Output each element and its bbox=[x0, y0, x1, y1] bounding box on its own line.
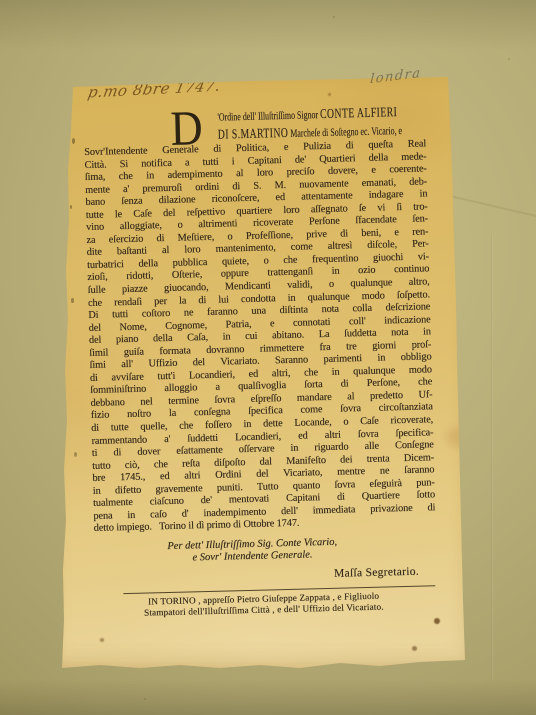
foxing-stain bbox=[412, 646, 417, 651]
foxing-stain bbox=[233, 74, 236, 77]
foxing-stain bbox=[434, 618, 440, 624]
backing-sheet-diagonal-crease bbox=[448, 195, 536, 218]
photo-backdrop: p.mo 8bre 1747. D 'Ordine dell' Illuſtri… bbox=[0, 0, 536, 715]
deckle-edge-speck bbox=[70, 205, 72, 209]
heading-caps: CONTE ALFIERI bbox=[320, 104, 398, 121]
deckle-edge-speck bbox=[71, 298, 74, 303]
dust-speck bbox=[508, 58, 510, 60]
printed-text-block: D 'Ordine dell' Illuſtriſſimo Signor CON… bbox=[83, 96, 438, 620]
drop-cap-initial: D bbox=[170, 109, 211, 147]
handwritten-date-note: p.mo 8bre 1747. bbox=[86, 76, 222, 101]
foxing-stain bbox=[100, 638, 104, 642]
dust-speck bbox=[144, 698, 146, 700]
dust-speck bbox=[333, 16, 335, 18]
heading-caps: DI S.MARTINO bbox=[218, 125, 289, 142]
signature: Maſſa Segretario. bbox=[95, 565, 437, 586]
backing-sheet-crease bbox=[491, 235, 493, 680]
imprint-lines: IN TORINO , appreſſo Pietro Giuſeppe Zap… bbox=[95, 590, 431, 620]
foxing-stain bbox=[328, 93, 331, 96]
deckle-edge-speck bbox=[74, 452, 77, 457]
body-lines: Sovr'Intendente Generale di Politica, e … bbox=[84, 138, 436, 535]
heading-line: DI S.MARTINO Marcheſe di Soſtegno ec. Vi… bbox=[218, 122, 368, 144]
heading-text: Marcheſe di Soſtegno ec. Vicario, e bbox=[288, 125, 402, 140]
heading-text: 'Ordine dell' Illuſtriſſimo Signor bbox=[217, 109, 320, 124]
heading-lines: 'Ordine dell' Illuſtriſſimo Signor CONTE… bbox=[217, 102, 426, 143]
broadside-document: p.mo 8bre 1747. D 'Ordine dell' Illuſtri… bbox=[40, 60, 480, 675]
foxing-stain bbox=[446, 426, 478, 448]
closing-lines: Per dett' Illuſtriſſimo Sig. Conte Vicar… bbox=[102, 535, 403, 568]
deckle-edge-speck bbox=[72, 138, 75, 144]
